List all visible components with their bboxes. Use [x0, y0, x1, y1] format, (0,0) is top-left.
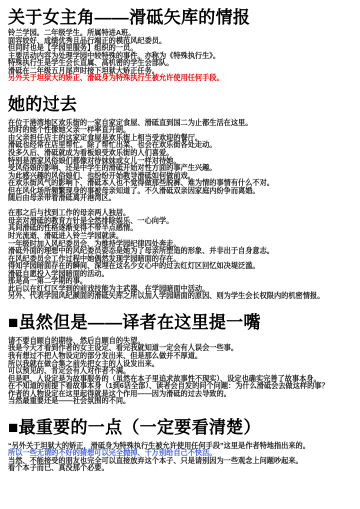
section-most-important: ■最重要的一点（一定要看清楚）“另外关于坦狱大的矫正，滑砥身为特殊执行生被允许使… [8, 418, 352, 472]
section-heading-her-past: 她的过去 [8, 95, 352, 114]
sections-container: 铃兰学园。二年级学生。所属特进A班。面容姣好、成绩优秀且品行端正的模范风纪委员。… [8, 29, 352, 472]
section-her-past: 她的过去在位于港湾地区欢乐街的一家自家定食屋、滑砥直到国二为止都生活在这里。幼时… [8, 95, 352, 300]
section-character-info: 铃兰学园。二年级学生。所属特进A班。面容姣好、成绩优秀且品行端正的模范风纪委员。… [8, 29, 352, 82]
text-line: 看个本子而已、真没那个必要。 [8, 464, 352, 472]
highlight-line-red: 另外关于坦狱大的矫正、滑砥身为特殊执行生被允许使用任何手段。 [8, 74, 352, 82]
section-heading-translator-note: ■虽然但是——译者在这里提一嘴 [8, 313, 352, 332]
text-line: 当然最重要还是——社会氛围的不同。 [8, 397, 352, 405]
section-translator-note: ■虽然但是——译者在这里提一嘴请不要自顾自的期待、然后自顾自的失望。我是今天才看… [8, 313, 352, 405]
text-line: 另外、代表学园风纪颜面的滑砥矢库之所以加入学园暗面的原因、则为学生会长权限内的机… [8, 292, 352, 300]
page-title: 关于女主角——滑砥矢库的情报 [8, 8, 352, 27]
document-page: 关于女主角——滑砥矢库的情报 铃兰学园。二年级学生。所属特进A班。面容姣好、成绩… [0, 0, 360, 479]
section-heading-most-important: ■最重要的一点（一定要看清楚） [8, 418, 352, 437]
text-line: 随后由母亲带着滑砥离开港湾区。 [8, 194, 352, 202]
